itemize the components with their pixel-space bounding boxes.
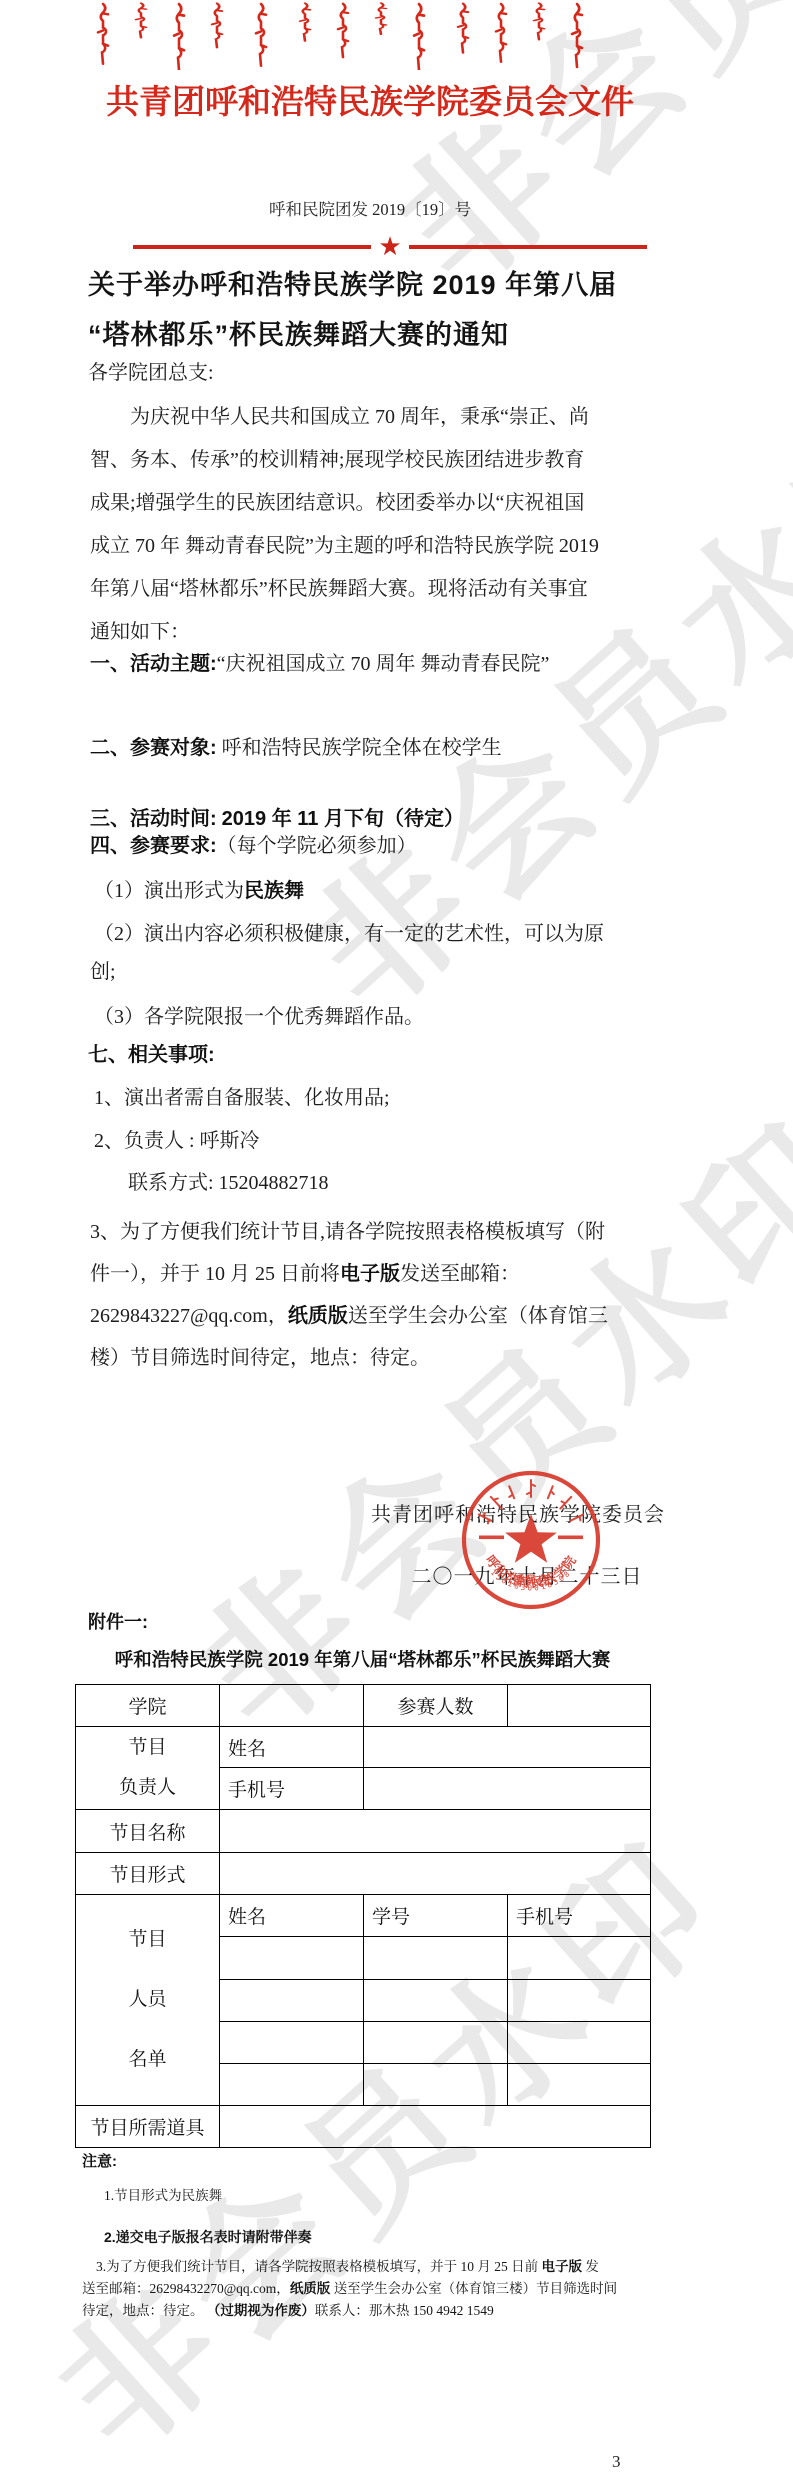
- bold-segment: 电子版: [340, 1263, 400, 1285]
- section-label: 二、参赛对象:: [90, 737, 217, 759]
- section-label: 一、活动主题:: [90, 653, 217, 675]
- paragraph-line: 成立 70 年 舞动青春民院”为主题的呼和浩特民族学院 2019: [90, 525, 599, 568]
- document-title-line1: 关于举办呼和浩特民族学院 2019 年第八届: [88, 260, 688, 310]
- cell-member-row: [508, 1980, 651, 2022]
- red-divider-line: [133, 245, 371, 249]
- page-number: 3: [612, 2452, 621, 2472]
- cell-program-form-label: 节目形式: [76, 1853, 220, 1895]
- paragraph-line: 年第八届“塔林都乐”杯民族舞蹈大赛。现将活动有关事宜: [90, 568, 599, 611]
- text-segment: 2629843227@qq.com，: [90, 1305, 288, 1327]
- cell-member-row: [220, 2022, 364, 2064]
- doc-number: 呼和民院团发 2019〔19〕号: [75, 196, 665, 220]
- section-1-theme: 一、活动主题:“庆祝祖国成立 70 周年 舞动青春民院”: [90, 643, 549, 686]
- section-label: 三、活动时间:: [90, 808, 217, 830]
- cell-leader-phone-value: [364, 1768, 651, 1810]
- official-red-seal: 呼和浩特民族学院 委员会 1501030018308: [455, 1464, 607, 1616]
- cell-participants-value: [508, 1685, 651, 1727]
- note-3-line2: 送至邮箱：26298432270@qq.com，纸质版 送至学生会办公室（体育馆…: [82, 2278, 617, 2300]
- cell-members-label: 节目 人员 名单: [76, 1895, 220, 2106]
- attachment-table-title: 呼和浩特民族学院 2019 年第八届“塔林都乐”杯民族舞蹈大赛: [75, 1646, 650, 1672]
- attachment-label: 附件一:: [88, 1608, 148, 1634]
- notes-heading: 注意:: [82, 2150, 117, 2171]
- label-line: 节目: [78, 1737, 217, 1759]
- section-value: “庆祝祖国成立 70 周年 舞动青春民院”: [217, 653, 550, 675]
- cell-member-id-header: 学号: [364, 1895, 508, 1937]
- salutation: 各学院团总支:: [88, 352, 214, 395]
- text-segment: 发送至邮箱：: [400, 1263, 520, 1285]
- cell-member-phone-header: 手机号: [508, 1895, 651, 1937]
- cell-member-row: [508, 2064, 651, 2106]
- paragraph-line: 为庆祝中华人民共和国成立 70 周年，秉承“崇正、尚: [90, 396, 599, 439]
- section-value: 呼和浩特民族学院全体在校学生: [222, 737, 502, 759]
- cell-program-name-label: 节目名称: [76, 1810, 220, 1853]
- red-divider: ★: [133, 233, 647, 261]
- paragraph-line: 3、为了方便我们统计节目,请各学院按照表格模板填写（附: [90, 1211, 608, 1253]
- contact-line: 联系方式: 15204882718: [128, 1168, 329, 1198]
- text-segment: 件一），并于 10 月 25 日前将: [90, 1263, 340, 1285]
- label-line: 节目: [78, 1929, 217, 1951]
- cell-member-row: [364, 2064, 508, 2106]
- paragraph-line: 2629843227@qq.com，纸质版送至学生会办公室（体育馆三: [90, 1295, 608, 1337]
- section-value: （每个学院必须参加）: [217, 835, 417, 857]
- cell-college-value: [220, 1685, 364, 1727]
- text-segment: 送至邮箱：26298432270@qq.com，: [82, 2281, 290, 2296]
- registration-table: 学院 参赛人数 节目 负责人 姓名 手机号 节目名称: [75, 1684, 651, 2148]
- document-content: 共青团呼和浩特民族学院委员会文件 呼和民院团发 2019〔19〕号 ★ 关于举办…: [0, 0, 793, 2484]
- requirement-item-2-line2: 创;: [90, 957, 116, 987]
- cell-props-label: 节目所需道具: [76, 2106, 220, 2148]
- note-1: 1.节目形式为民族舞: [104, 2185, 222, 2207]
- text-segment: 待定，地点：待定。: [82, 2303, 207, 2318]
- label-line: 人员: [78, 1989, 217, 2011]
- cell-leader-name-label: 姓名: [220, 1727, 364, 1768]
- item-bold-text: 民族舞: [244, 880, 304, 902]
- section-7-related: 七、相关事项:: [88, 1040, 215, 1070]
- text-segment: 3.为了方便我们统计节目，请各学院按照表格模板填写，并于 10 月 25 日前: [96, 2259, 542, 2274]
- cell-leader-phone-label: 手机号: [220, 1768, 364, 1810]
- note-3-line3: 待定，地点：待定。 （过期视为作废）联系人：那木热 150 4942 1549: [82, 2300, 494, 2322]
- related-item-1: 1、演出者需自备服装、化妆用品;: [94, 1083, 390, 1113]
- org-red-title: 共青团呼和浩特民族学院委员会文件: [75, 76, 665, 123]
- section-value: 2019 年 11 月下旬（待定）: [222, 808, 464, 830]
- cell-member-row: [508, 2022, 651, 2064]
- bold-segment: 纸质版: [288, 1305, 348, 1327]
- requirement-item-3: （3）各学院限报一个优秀舞蹈作品。: [94, 1002, 424, 1032]
- cell-member-name-header: 姓名: [220, 1895, 364, 1937]
- requirement-item-1: （1）演出形式为民族舞: [94, 876, 304, 906]
- cell-program-name-value: [220, 1810, 651, 1853]
- cell-member-row: [508, 1937, 651, 1980]
- cell-leader-name-value: [364, 1727, 651, 1768]
- bold-segment: 电子版: [542, 2259, 583, 2274]
- section-label: 四、参赛要求:: [90, 835, 217, 857]
- cell-member-row: [364, 2022, 508, 2064]
- paragraph-3: 3、为了方便我们统计节目,请各学院按照表格模板填写（附 件一），并于 10 月 …: [90, 1211, 608, 1379]
- mongolian-script-banner-icon: [95, 2, 605, 70]
- item-text: （1）演出形式为: [94, 880, 244, 902]
- cell-participants-label: 参赛人数: [364, 1685, 508, 1727]
- cell-props-value: [220, 2106, 651, 2148]
- paragraph-line: 件一），并于 10 月 25 日前将电子版发送至邮箱：: [90, 1253, 608, 1295]
- star-icon: ★: [378, 234, 401, 260]
- paragraph-line: 成果;增强学生的民族团结意识。校团委举办以“庆祝祖国: [90, 482, 599, 525]
- cell-program-form-value: [220, 1853, 651, 1895]
- note-2: 2.递交电子版报名表时请附带伴奏: [104, 2226, 312, 2248]
- label-line: 名单: [78, 2049, 217, 2071]
- red-divider-line: [409, 245, 647, 249]
- section-2-participants: 二、参赛对象: 呼和浩特民族学院全体在校学生: [90, 727, 502, 770]
- cell-college-label: 学院: [76, 1685, 220, 1727]
- bold-segment: 纸质版: [290, 2281, 331, 2296]
- cell-member-row: [364, 1937, 508, 1980]
- text-segment: 联系人：那木热 150 4942 1549: [315, 2303, 494, 2318]
- text-segment: 送至学生会办公室（体育馆三: [348, 1305, 608, 1327]
- cell-member-row: [220, 1980, 364, 2022]
- related-item-2: 2、负责人 : 呼斯冷: [94, 1126, 260, 1156]
- paragraph-line: 智、务本、传承”的校训精神;展现学校民族团结进步教育: [90, 439, 599, 482]
- cell-member-row: [220, 1937, 364, 1980]
- note-3-line1: 3.为了方便我们统计节目，请各学院按照表格模板填写，并于 10 月 25 日前 …: [96, 2256, 599, 2278]
- text-segment: 发: [582, 2259, 599, 2274]
- section-4-requirements: 四、参赛要求:（每个学院必须参加）: [90, 833, 417, 859]
- cell-member-row: [364, 1980, 508, 2022]
- document-page: 非会员水印 非会员水印 非会员水印 非会员水印 共青团呼和浩特民族学院委员会文件: [0, 0, 793, 2484]
- bold-segment: （过期视为作废）: [207, 2303, 315, 2318]
- label-line: 负责人: [78, 1777, 217, 1799]
- document-title: 关于举办呼和浩特民族学院 2019 年第八届 “塔林都乐”杯民族舞蹈大赛的通知: [88, 260, 688, 360]
- requirement-item-2-line1: （2）演出内容必须积极健康，有一定的艺术性，可以为原: [94, 919, 604, 949]
- section-3-time: 三、活动时间: 2019 年 11 月下旬（待定）: [90, 806, 464, 832]
- cell-program-leader-label: 节目 负责人: [76, 1727, 220, 1810]
- paragraph-line: 楼）节目筛选时间待定，地点：待定。: [90, 1337, 608, 1379]
- paragraph-1: 为庆祝中华人民共和国成立 70 周年，秉承“崇正、尚 智、务本、传承”的校训精神…: [90, 396, 599, 654]
- text-segment: 送至学生会办公室（体育馆三楼）节目筛选时间: [330, 2281, 617, 2296]
- cell-member-row: [220, 2064, 364, 2106]
